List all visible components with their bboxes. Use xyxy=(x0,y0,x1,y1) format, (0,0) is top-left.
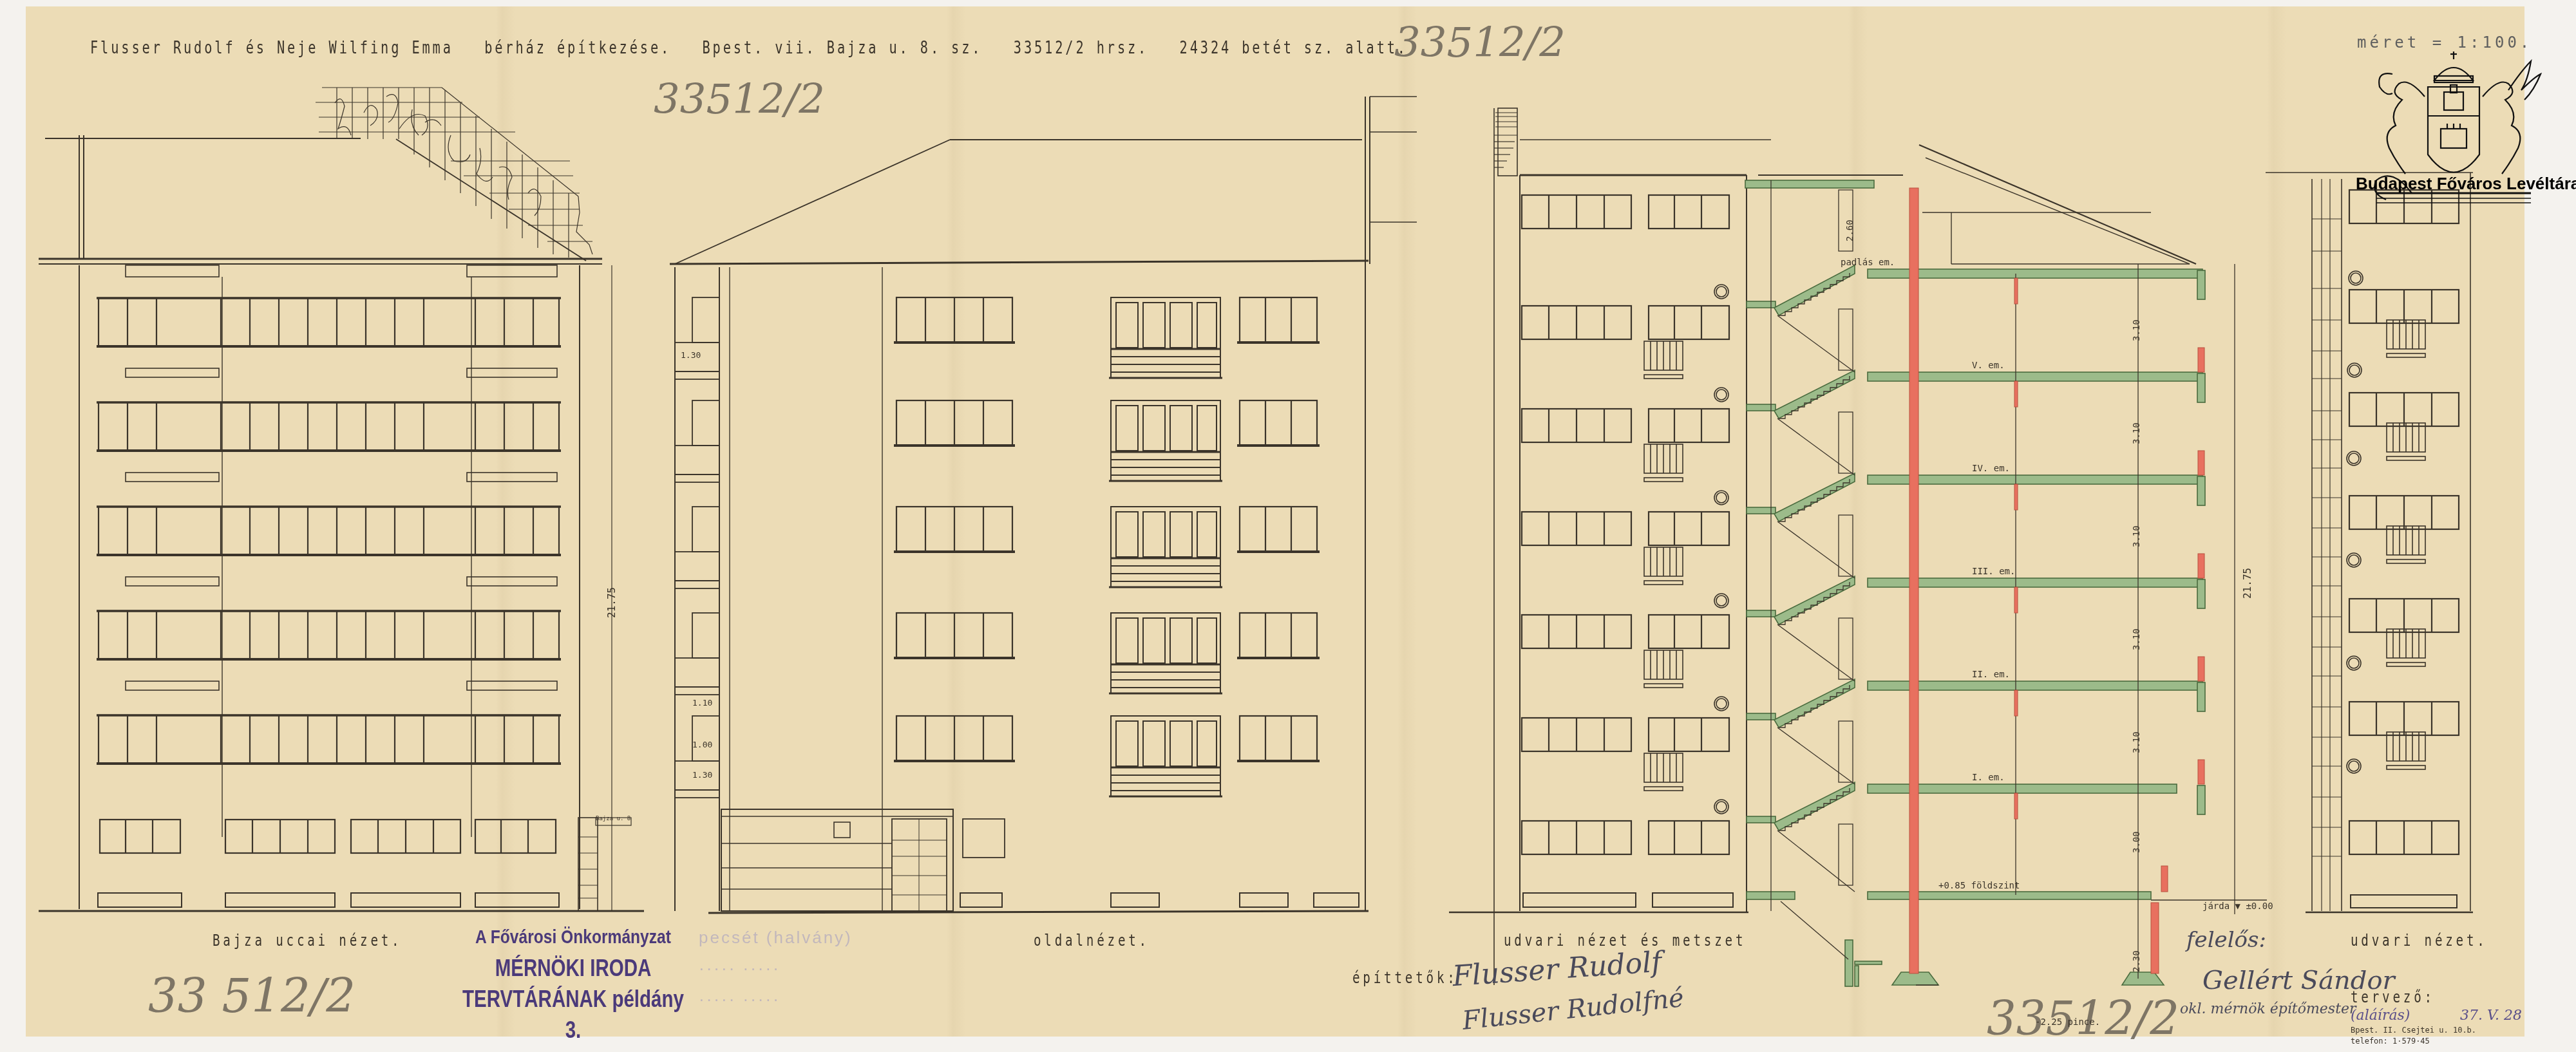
view-label-courtyard-section: udvari nézet és metszet xyxy=(1504,932,1746,950)
faded-stamp: pecsét (halvány) ····· ····· ····· ····· xyxy=(699,922,853,1015)
dim-section-1: 3.10 xyxy=(2132,731,2142,753)
designer-signature: (aláírás) xyxy=(2351,1008,2410,1024)
dim-section-3: 3.10 xyxy=(2132,525,2142,547)
title-deed: 24324 betét sz. alatt. xyxy=(1180,39,1408,58)
designer-date: 37. V. 28 xyxy=(2460,1008,2522,1024)
pencil-reference-3: 33 512/2 xyxy=(148,969,355,1023)
drawing-title: Flusser Rudolf és Neje Wilfing Emma bérh… xyxy=(90,39,1408,58)
section-floor-slabs xyxy=(1745,180,2205,986)
dim-section-ground: 3.00 xyxy=(2132,831,2142,853)
dim-section-total: 21.75 xyxy=(2241,568,2253,599)
scale-label: méret = 1:100. xyxy=(2357,33,2532,52)
dim-section-4: 3.10 xyxy=(2132,422,2142,444)
level-sidewalk: járda ▼ ±0.00 xyxy=(2202,901,2273,912)
title-owners: Flusser Rudolf és Neje Wilfing Emma xyxy=(90,39,453,58)
title-parcel: 33512/2 hrsz. xyxy=(1014,39,1148,58)
level-ground: +0.85 földszint xyxy=(1938,881,2020,891)
view-label-side: oldalnézet. xyxy=(1034,932,1150,950)
plaque-side: Bajza u. 8 xyxy=(596,816,630,822)
street-elevation xyxy=(39,88,644,911)
dim-section-basement: 2.30 xyxy=(2132,950,2142,972)
stamp-line-4: 3. xyxy=(462,1015,684,1046)
dim-street-height: 21.75 xyxy=(605,587,618,618)
archive-name: Budapest Főváros Levéltára xyxy=(2356,174,2576,194)
courtyard-elevation-and-section xyxy=(1449,108,2196,985)
dim-section-2: 3.10 xyxy=(2132,628,2142,650)
courtyard-elevation-right xyxy=(2266,173,2473,912)
view-label-courtyard: udvari nézet. xyxy=(2351,932,2488,950)
office-stamp: A Fővárosi Önkormányzat MÉRNÖKI IRODA TE… xyxy=(462,922,684,1046)
title-project: bérház építkezése. xyxy=(484,39,671,58)
title-address: Bpest. vii. Bajza u. 8. sz. xyxy=(702,39,982,58)
designer-label: tervező: xyxy=(2351,988,2435,1006)
builders-label: építtetők: xyxy=(1352,969,1458,987)
side-elevation xyxy=(670,97,1417,913)
drawing-linework xyxy=(0,0,2576,1052)
dim-section-attic: 2.60 xyxy=(1845,220,1855,241)
level-5: V. em. xyxy=(1972,361,2005,371)
stamp-line-2: MÉRNÖKI IRODA xyxy=(462,953,684,984)
level-attic: padlás em. xyxy=(1841,258,1895,268)
responsible-title: okl. mérnök építőmester xyxy=(2180,1001,2356,1017)
level-3: III. em. xyxy=(1972,567,2015,577)
faded-stamp-line-1: pecsét (halvány) xyxy=(699,922,853,953)
dim-side-2: 1.10 xyxy=(692,699,712,708)
level-4: IV. em. xyxy=(1972,464,2010,474)
stamp-line-1: A Fővárosi Önkormányzat xyxy=(462,922,684,953)
level-2: II. em. xyxy=(1972,670,2010,680)
designer-address: Bpest. II. Csejtei u. 10.b. xyxy=(2351,1026,2476,1035)
pencil-reference-2: 33512/2 xyxy=(1394,19,1566,67)
view-label-street: Bajza uccai nézet. xyxy=(213,932,402,950)
dim-section-5: 3.10 xyxy=(2132,319,2142,341)
pencil-reference-1: 33512/2 xyxy=(654,76,825,124)
architectural-drawing-sheet: Flusser Rudolf és Neje Wilfing Emma bérh… xyxy=(0,0,2576,1052)
level-basement: -2.25 pince. xyxy=(2035,1017,2100,1028)
faded-stamp-line-3: ····· ····· xyxy=(699,984,853,1015)
faded-stamp-line-2: ····· ····· xyxy=(699,953,853,984)
dim-side-4: 1.30 xyxy=(692,771,712,780)
level-1: I. em. xyxy=(1972,773,2005,783)
dim-side-3: 1.00 xyxy=(692,740,712,750)
dim-side-1: 1.30 xyxy=(681,351,701,361)
designer-phone: telefon: 1·579·45 xyxy=(2351,1037,2430,1046)
responsible-label: felelős: xyxy=(2186,927,2266,953)
stamp-line-3: TERVTÁRÁNAK példány xyxy=(462,984,684,1015)
